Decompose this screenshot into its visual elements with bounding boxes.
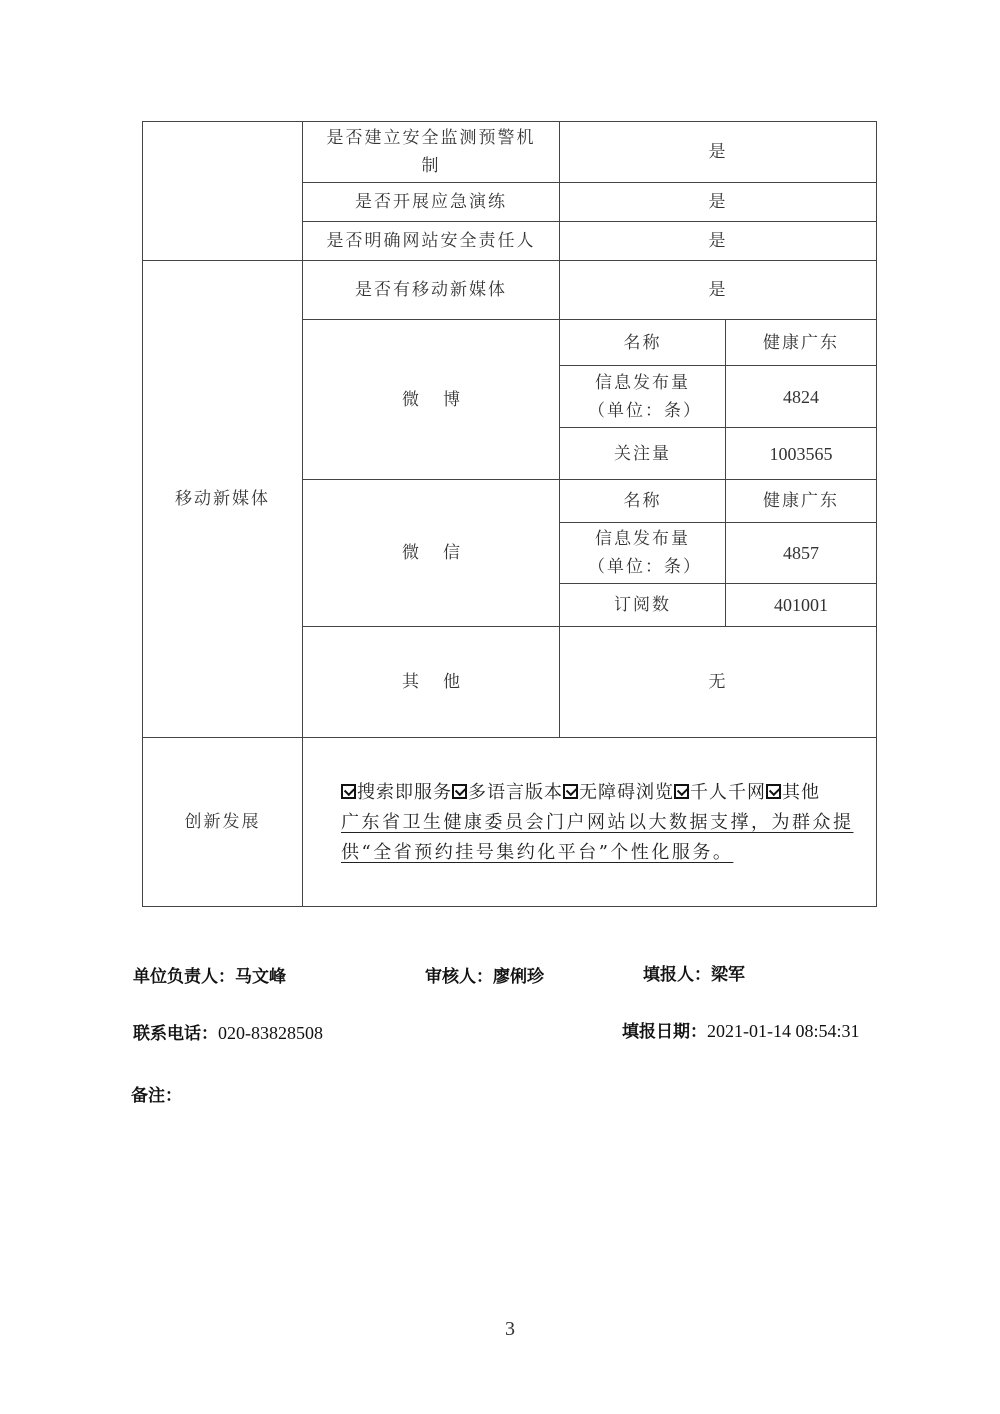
security-row-value: 是: [559, 182, 877, 222]
unit-head-value: 马文峰: [235, 967, 286, 987]
date-value: 2021-01-14 08:54:31: [707, 1021, 860, 1041]
date-label: 填报日期：: [622, 1022, 707, 1042]
mobile-media-section-label: 移动新媒体: [142, 260, 303, 738]
weibo-followers-value: 1003565: [725, 427, 877, 480]
has-mobile-media-label: 是否有移动新媒体: [302, 260, 560, 320]
contact-phone: 联系电话：020-83828508: [133, 1019, 323, 1044]
website-report-table: 是否建立安全监测预警机制 是 是否开展应急演练 是 是否明确网站安全责任人 是 …: [142, 121, 877, 906]
security-row-label: 是否建立安全监测预警机制: [302, 121, 560, 183]
checkbox-checked-icon[interactable]: [452, 784, 467, 799]
weibo-label: 微博: [302, 319, 560, 480]
checkbox-checked-icon[interactable]: [674, 784, 689, 799]
reviewer-label: 审核人：: [425, 967, 493, 987]
phone-label: 联系电话：: [133, 1024, 218, 1044]
wechat-subscribers-value: 401001: [725, 583, 877, 627]
weibo-posts-value: 4824: [725, 365, 877, 428]
phone-value: 020-83828508: [218, 1023, 323, 1043]
innovation-options: 搜索即服务多语言版本无障碍浏览千人千网其他: [341, 778, 866, 808]
filler-label: 填报人：: [643, 965, 711, 985]
wechat-posts-label: 信息发布量（单位：条）: [559, 522, 726, 584]
other-media-label: 其他: [302, 626, 560, 738]
checkbox-checked-icon[interactable]: [563, 784, 578, 799]
security-row-label: 是否开展应急演练: [302, 182, 560, 222]
wechat-posts-value: 4857: [725, 522, 877, 584]
unit-head: 单位负责人：马文峰: [133, 962, 286, 987]
weibo-followers-label: 关注量: [559, 427, 726, 480]
innovation-section-label: 创新发展: [142, 737, 303, 907]
wechat-name-value: 健康广东: [725, 479, 877, 523]
wechat-label: 微信: [302, 479, 560, 627]
page-number: 3: [0, 1318, 1000, 1341]
fill-date: 填报日期：2021-01-14 08:54:31: [622, 1017, 860, 1042]
option-search-as-service: 搜索即服务: [357, 782, 452, 803]
security-row-label: 是否明确网站安全责任人: [302, 221, 560, 261]
weibo-name-label: 名称: [559, 319, 726, 366]
innovation-content: 搜索即服务多语言版本无障碍浏览千人千网其他 广东省卫生健康委员会门户网站以大数据…: [302, 737, 877, 907]
filler-value: 梁军: [711, 965, 745, 985]
security-row-value: 是: [559, 121, 877, 183]
weibo-posts-label: 信息发布量（单位：条）: [559, 365, 726, 428]
innovation-description: 广东省卫生健康委员会门户网站以大数据支撑，为群众提供“全省预约挂号集约化平台”个…: [341, 808, 866, 868]
option-multilingual: 多语言版本: [468, 782, 563, 803]
security-row-value: 是: [559, 221, 877, 261]
wechat-name-label: 名称: [559, 479, 726, 523]
wechat-subscribers-label: 订阅数: [559, 583, 726, 627]
weibo-name-value: 健康广东: [725, 319, 877, 366]
unit-head-label: 单位负责人：: [133, 967, 235, 987]
option-other: 其他: [782, 782, 820, 803]
filler: 填报人：梁军: [643, 960, 745, 985]
reviewer-value: 廖俐珍: [493, 967, 544, 987]
remarks: 备注：: [131, 1081, 182, 1106]
reviewer: 审核人：廖俐珍: [425, 962, 544, 987]
option-personalization: 千人千网: [690, 782, 766, 803]
option-accessibility: 无障碍浏览: [579, 782, 674, 803]
security-section-label-cell: [142, 121, 303, 261]
checkbox-checked-icon[interactable]: [341, 784, 356, 799]
checkbox-checked-icon[interactable]: [766, 784, 781, 799]
has-mobile-media-value: 是: [559, 260, 877, 320]
other-media-value: 无: [559, 626, 877, 738]
remarks-label: 备注：: [131, 1086, 182, 1106]
